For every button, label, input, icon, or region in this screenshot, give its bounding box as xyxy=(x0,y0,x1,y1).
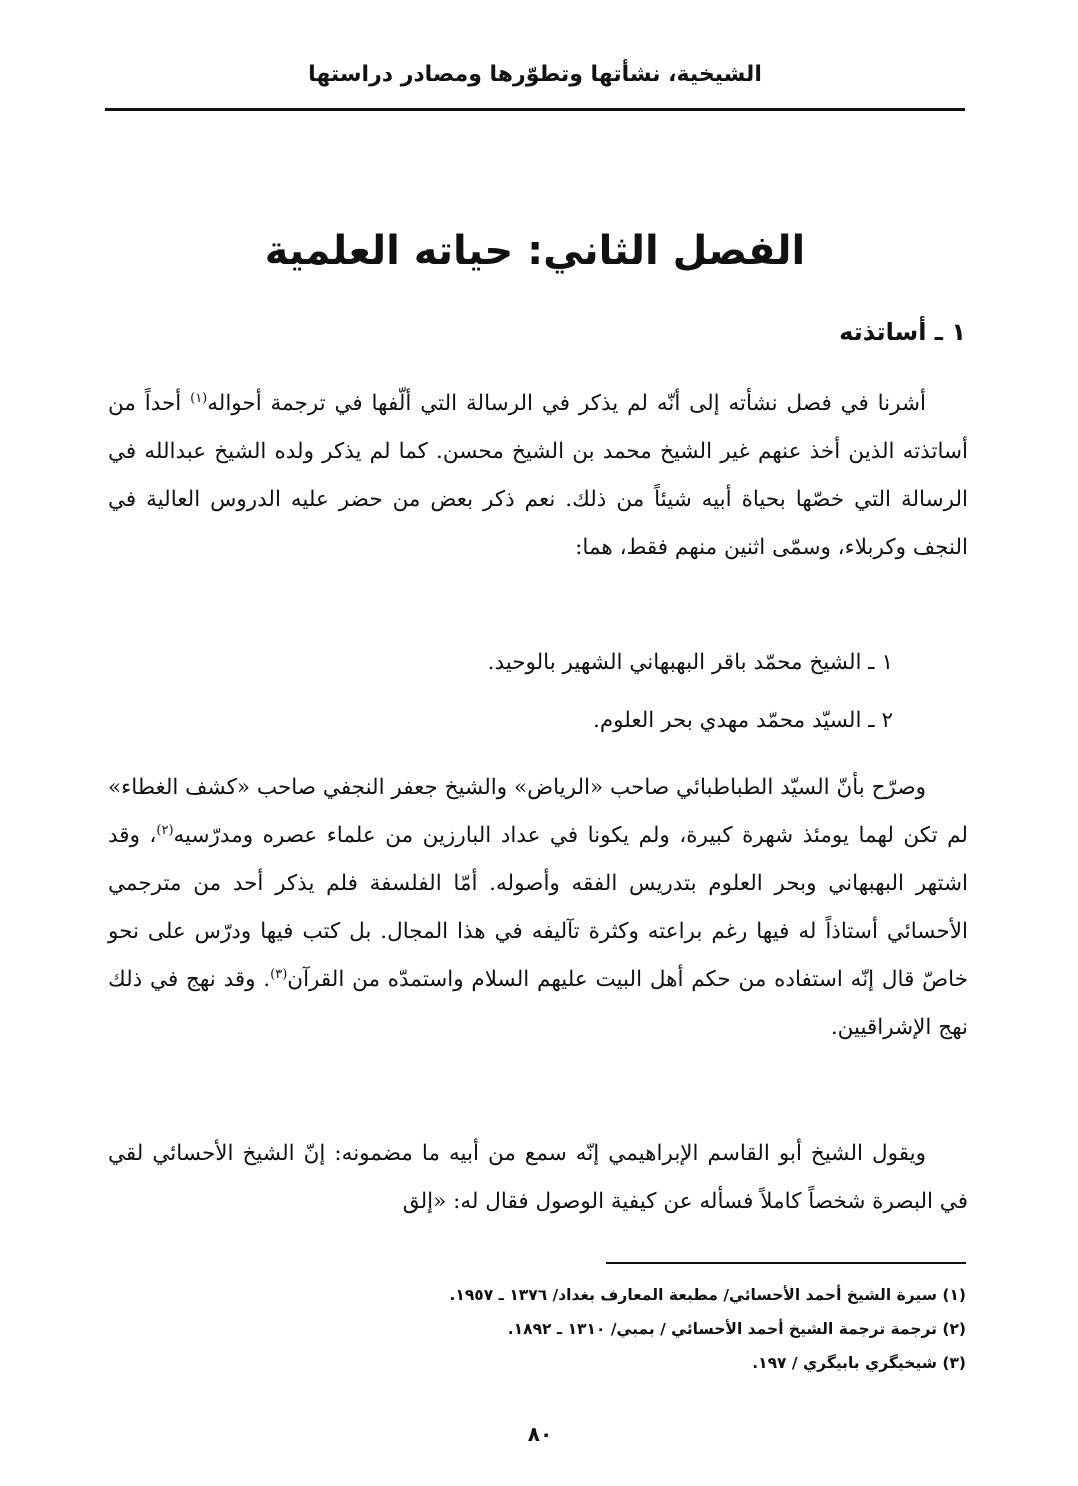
footnote-3: (٣) شيخيگري بابيگري / ١٩٧. xyxy=(206,1346,966,1380)
chapter-title: الفصل الثاني: حياته العلمية xyxy=(105,228,965,274)
running-head: الشيخية، نشأتها وتطوّرها ومصادر دراستها xyxy=(105,62,965,87)
paragraph-1: أشرنا في فصل نشأته إلى أنّه لم يذكر في ا… xyxy=(108,380,968,572)
teacher-list-item-1: ١ ـ الشيخ محمّد باقر البهبهاني الشهير با… xyxy=(488,650,893,675)
footnote-ref-2[interactable]: (٢) xyxy=(156,823,173,838)
section-heading: ١ ـ أساتذته xyxy=(839,318,966,346)
paragraph-3: ويقول الشيخ أبو القاسم الإبراهيمي إنّه س… xyxy=(108,1130,968,1226)
teacher-list-item-2: ٢ ـ السيّد محمّد مهدي بحر العلوم. xyxy=(593,708,893,733)
footnote-2: (٢) ترجمة ترجمة الشيخ أحمد الأحسائي / بم… xyxy=(206,1312,966,1346)
footnotes: (١) سيرة الشيخ أحمد الأحسائي/ مطبعة المع… xyxy=(206,1278,966,1380)
footnote-rule xyxy=(606,1262,966,1264)
footnote-1: (١) سيرة الشيخ أحمد الأحسائي/ مطبعة المع… xyxy=(206,1278,966,1312)
footnote-ref-3[interactable]: (٣) xyxy=(270,967,287,982)
header-rule xyxy=(105,108,965,111)
page-number: ٨٠ xyxy=(500,1422,580,1446)
book-page: الشيخية، نشأتها وتطوّرها ومصادر دراستها … xyxy=(0,0,1078,1486)
footnote-ref-1[interactable]: (١) xyxy=(190,391,207,406)
paragraph-2: وصرّح بأنّ السيّد الطباطبائي صاحب «الريا… xyxy=(108,764,968,1052)
